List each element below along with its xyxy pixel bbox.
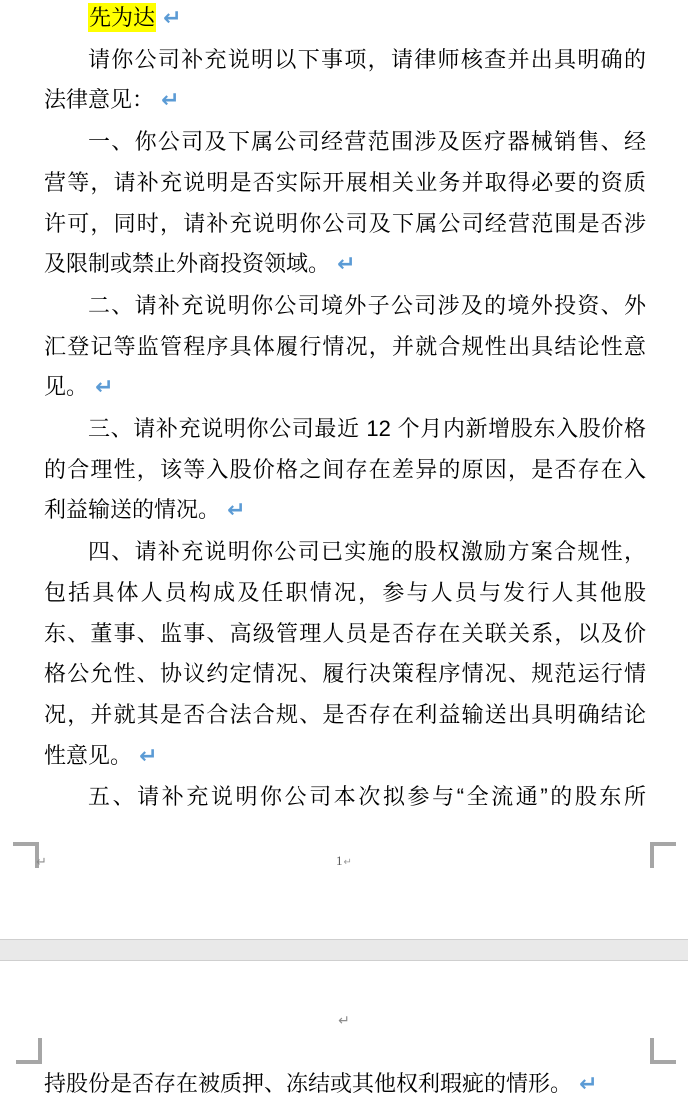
text-run: 利益输送的情况。 [44, 497, 220, 522]
text-run: 法律意见： [44, 87, 154, 112]
text-run: 及限制或禁止外商投资领域。 [44, 251, 330, 276]
page-number: 1↵ [0, 853, 688, 869]
text-run: 持股份是否存在被质押、冻结或其他权利瑕疵的情形。 [44, 1071, 572, 1096]
text-run: 东、董事、监事、高级管理人员是否存在关联关系，以及价 [44, 621, 646, 646]
text-line: 法律意见：↵ [44, 80, 646, 122]
text-line: 利益输送的情况。↵ [44, 490, 646, 532]
text-line: 四、请补充说明你公司已实施的股权激励方案合规性， [44, 532, 646, 573]
text-run: 五、请补充说明你公司本次拟参与“全流通”的股东所 [88, 784, 646, 809]
header-margin-corner-right-icon [650, 1038, 676, 1064]
highlighted-text: 先为达 [88, 3, 156, 32]
paragraph-mark-icon: ↵ [163, 6, 181, 31]
text-line: 况，并就其是否合法合规、是否存在利益输送出具明确结论 [44, 695, 646, 736]
header-margin-corner-left-icon [16, 1038, 42, 1064]
paragraph-mark-icon: ↵ [161, 88, 179, 113]
text-run: 况，并就其是否合法合规、是否存在利益输送出具明确结论 [44, 702, 646, 727]
text-line: 东、董事、监事、高级管理人员是否存在关联关系，以及价 [44, 614, 646, 655]
text-line: 持股份是否存在被质押、冻结或其他权利瑕疵的情形。↵ [44, 1064, 646, 1106]
page-number-value: 1 [336, 853, 343, 868]
text-line: 包括具体人员构成及任职情况，参与人员与发行人其他股 [44, 573, 646, 614]
text-run: 营等，请补充说明是否实际开展相关业务并取得必要的资质 [44, 170, 646, 195]
text-run: 一、你公司及下属公司经营范围涉及医疗器械销售、经 [88, 129, 646, 154]
paragraph-mark-icon: ↵ [227, 498, 245, 523]
text-run: 三、请补充说明你公司最近 12 个月内新增股东入股价格 [88, 416, 646, 441]
text-line: 的合理性，该等入股价格之间存在差异的原因，是否存在入 [44, 450, 646, 491]
page-number-pilcrow-icon: ↵ [344, 857, 352, 868]
text-run: 许可，同时，请补充说明你公司及下属公司经营范围是否涉 [44, 211, 646, 236]
text-run: 汇登记等监管程序具体履行情况，并就合规性出具结论性意 [44, 334, 646, 359]
page-gap [0, 939, 688, 961]
text-run: 见。 [44, 374, 88, 399]
header-pilcrow-icon: ↵ [0, 1013, 688, 1029]
text-run: 包括具体人员构成及任职情况，参与人员与发行人其他股 [44, 580, 646, 605]
page2-body-text: 持股份是否存在被质押、冻结或其他权利瑕疵的情形。↵ [44, 1064, 646, 1106]
text-line: 营等，请补充说明是否实际开展相关业务并取得必要的资质 [44, 163, 646, 204]
text-line: 一、你公司及下属公司经营范围涉及医疗器械销售、经 [44, 122, 646, 163]
text-line: 见。↵ [44, 367, 646, 409]
paragraph-mark-icon: ↵ [337, 252, 355, 277]
document-view: 先为达↵请你公司补充说明以下事项，请律师核查并出具明确的法律意见：↵一、你公司及… [0, 0, 688, 1112]
text-run: 请你公司补充说明以下事项，请律师核查并出具明确的 [88, 47, 646, 72]
text-line: 汇登记等监管程序具体履行情况，并就合规性出具结论性意 [44, 327, 646, 368]
text-line: 二、请补充说明你公司境外子公司涉及的境外投资、外 [44, 286, 646, 327]
paragraph-mark-icon: ↵ [579, 1072, 597, 1097]
text-line: 及限制或禁止外商投资领域。↵ [44, 244, 646, 286]
text-run: 的合理性，该等入股价格之间存在差异的原因，是否存在入 [44, 457, 646, 482]
text-line: 格公允性、协议约定情况、履行决策程序情况、规范运行情 [44, 654, 646, 695]
text-line: 先为达↵ [44, 0, 646, 40]
page1-body-text: 先为达↵请你公司补充说明以下事项，请律师核查并出具明确的法律意见：↵一、你公司及… [44, 0, 646, 818]
text-run: 格公允性、协议约定情况、履行决策程序情况、规范运行情 [44, 661, 646, 686]
text-run: 四、请补充说明你公司已实施的股权激励方案合规性， [88, 539, 646, 564]
text-line: 三、请补充说明你公司最近 12 个月内新增股东入股价格 [44, 409, 646, 450]
text-line: 性意见。↵ [44, 736, 646, 778]
text-run: 性意见。 [44, 743, 132, 768]
text-line: 许可，同时，请补充说明你公司及下属公司经营范围是否涉 [44, 204, 646, 245]
paragraph-mark-icon: ↵ [95, 375, 113, 400]
text-run: 二、请补充说明你公司境外子公司涉及的境外投资、外 [88, 293, 646, 318]
paragraph-mark-icon: ↵ [139, 744, 157, 769]
text-line: 请你公司补充说明以下事项，请律师核查并出具明确的 [44, 40, 646, 81]
text-line: 五、请补充说明你公司本次拟参与“全流通”的股东所 [44, 777, 646, 818]
